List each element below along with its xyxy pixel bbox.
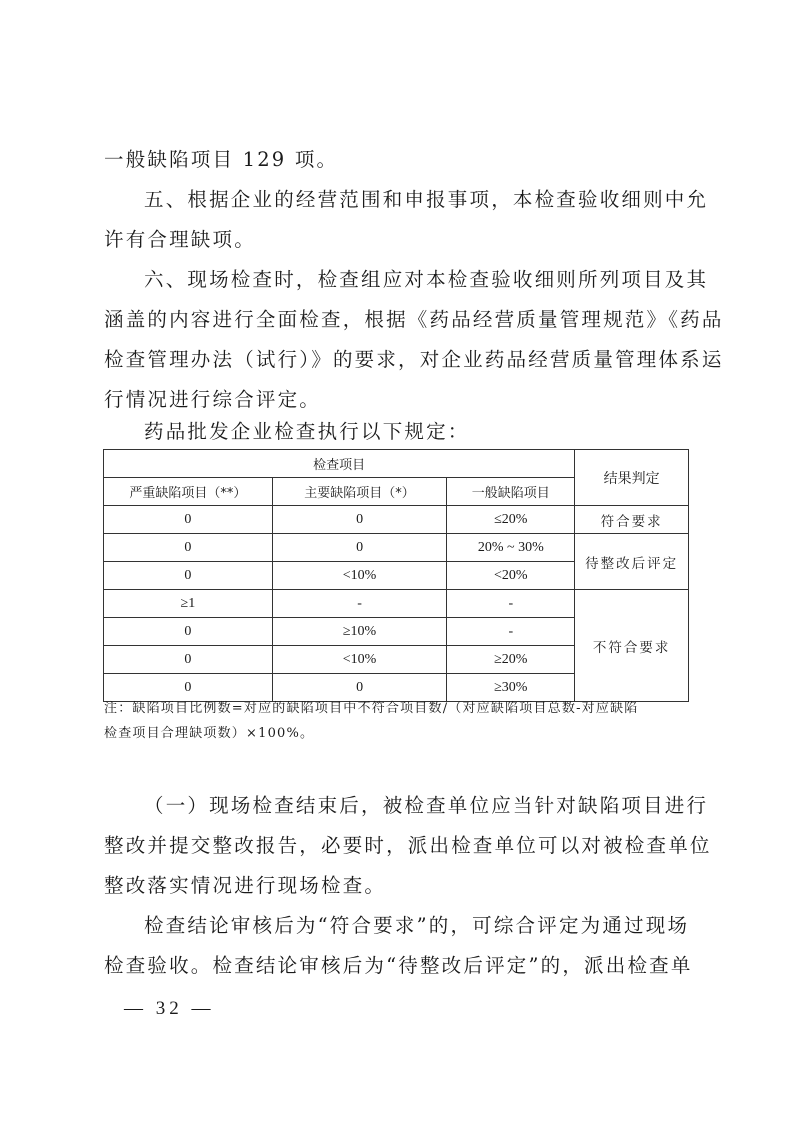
table-cell: ≥10% <box>272 618 447 646</box>
paragraph-line: 整改并提交整改报告，必要时，派出检查单位可以对被检查单位 <box>104 834 712 858</box>
table-cell: - <box>447 618 575 646</box>
column-header: 严重缺陷项目（**） <box>104 478 273 506</box>
paragraph-line: 六、现场检查时，检查组应对本检查验收细则所列项目及其 <box>144 268 708 292</box>
paragraph-line: 一般缺陷项目 129 项。 <box>104 148 338 172</box>
group-header-cell: 检查项目 <box>104 450 575 478</box>
paragraph-line: 许有合理缺项。 <box>104 228 256 252</box>
paragraph-line: 行情况进行综合评定。 <box>104 388 321 412</box>
table-cell: ≥30% <box>447 674 575 702</box>
result-cell: 符合要求 <box>575 506 689 534</box>
table-cell: 0 <box>104 534 273 562</box>
paragraph-line: 药品批发企业检查执行以下规定： <box>144 420 470 444</box>
paragraph-line: 五、根据企业的经营范围和申报事项，本检查验收细则中允 <box>144 188 708 212</box>
table-cell: <20% <box>447 562 575 590</box>
table-cell: 0 <box>104 674 273 702</box>
table-cell: ≤20% <box>447 506 575 534</box>
table-cell: ≥1 <box>104 590 273 618</box>
table-cell: <10% <box>272 646 447 674</box>
table-cell: 20% ~ 30% <box>447 534 575 562</box>
table-row: 0 0 ≤20% 符合要求 <box>104 506 689 534</box>
table-cell: 0 <box>272 506 447 534</box>
result-cell: 不符合要求 <box>575 590 689 702</box>
table-row: 0 0 20% ~ 30% 待整改后评定 <box>104 534 689 562</box>
column-header: 一般缺陷项目 <box>447 478 575 506</box>
table-cell: ≥20% <box>447 646 575 674</box>
table-cell: 0 <box>272 674 447 702</box>
table-note: 检查项目合理缺项数）×100%。 <box>104 724 314 744</box>
page-number: — 32 — <box>124 998 215 1020</box>
column-header: 主要缺陷项目（*） <box>272 478 447 506</box>
paragraph-line: 检查管理办法（试行）》的要求，对企业药品经营质量管理体系运 <box>104 348 724 372</box>
table-cell: 0 <box>104 646 273 674</box>
table-cell: <10% <box>272 562 447 590</box>
inspection-rules-table: 检查项目 结果判定 严重缺陷项目（**） 主要缺陷项目（*） 一般缺陷项目 0 … <box>103 449 689 702</box>
table-row: ≥1 - - 不符合要求 <box>104 590 689 618</box>
result-header-cell: 结果判定 <box>575 450 689 506</box>
paragraph-line: 检查验收。检查结论审核后为“待整改后评定”的，派出检查单 <box>104 954 693 978</box>
table-cell: - <box>272 590 447 618</box>
table-cell: 0 <box>104 562 273 590</box>
paragraph-line: 检查结论审核后为“符合要求”的，可综合评定为通过现场 <box>144 914 689 938</box>
paragraph-line: 整改落实情况进行现场检查。 <box>104 874 386 898</box>
table-cell: 0 <box>272 534 447 562</box>
table-cell: - <box>447 590 575 618</box>
paragraph-line: （一）现场检查结束后，被检查单位应当针对缺陷项目进行 <box>144 794 708 818</box>
table-note: 注：缺陷项目比例数=对应的缺陷项目中不符合项目数/（对应缺陷项目总数-对应缺陷 <box>104 699 638 719</box>
result-cell: 待整改后评定 <box>575 534 689 590</box>
table-cell: 0 <box>104 506 273 534</box>
paragraph-line: 涵盖的内容进行全面检查，根据《药品经营质量管理规范》《药品 <box>104 308 724 332</box>
table-cell: 0 <box>104 618 273 646</box>
